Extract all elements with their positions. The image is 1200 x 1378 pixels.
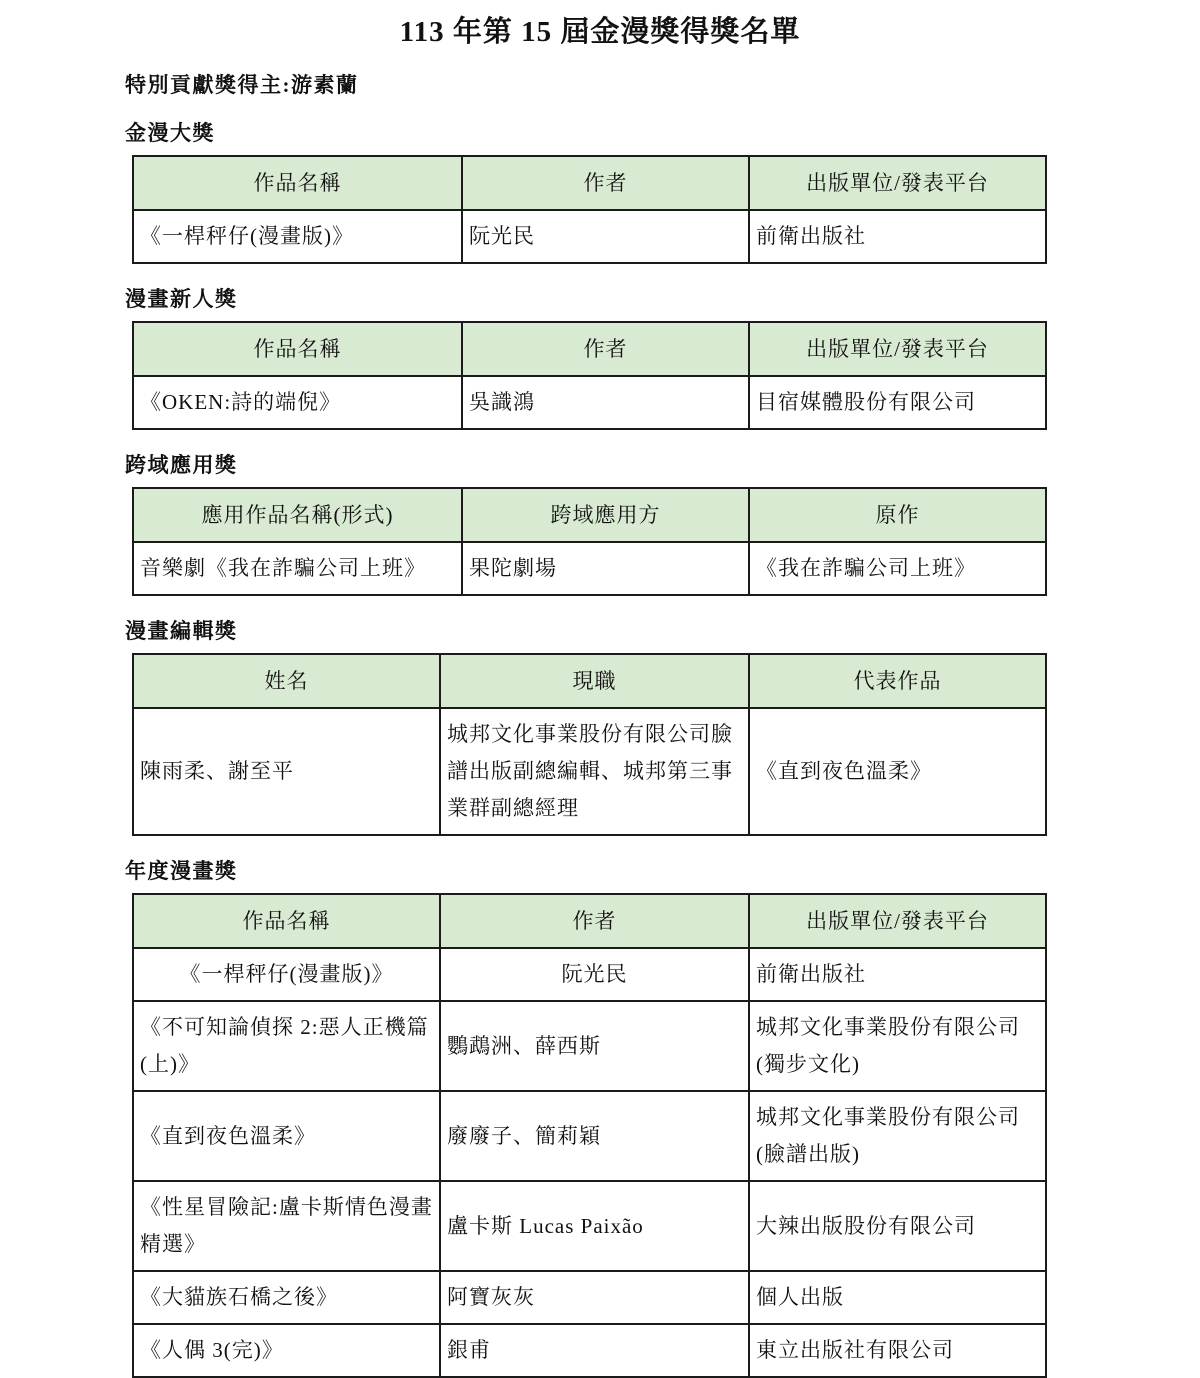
table-cell: 盧卡斯 Lucas Paixão bbox=[440, 1181, 749, 1271]
table-cell: 城邦文化事業股份有限公司(獨步文化) bbox=[749, 1001, 1046, 1091]
column-header: 原作 bbox=[749, 488, 1046, 542]
table-cell: 音樂劇《我在詐騙公司上班》 bbox=[133, 542, 462, 595]
special-award-line: 特別貢獻獎得主:游素蘭 bbox=[125, 72, 1045, 98]
award-section-3: 跨域應用獎應用作品名稱(形式)跨域應用方原作音樂劇《我在詐騙公司上班》果陀劇場《… bbox=[0, 452, 1200, 596]
column-header: 作品名稱 bbox=[133, 156, 462, 210]
table-cell: 《大貓族石橋之後》 bbox=[133, 1271, 440, 1324]
table-header-row: 作品名稱作者出版單位/發表平台 bbox=[133, 894, 1046, 948]
award-table: 作品名稱作者出版單位/發表平台《OKEN:詩的端倪》吳識鴻目宿媒體股份有限公司 bbox=[132, 321, 1047, 430]
column-header: 作品名稱 bbox=[133, 322, 462, 376]
table-cell: 吳識鴻 bbox=[462, 376, 749, 429]
section-heading: 金漫大獎 bbox=[125, 120, 1045, 146]
table-cell: 《直到夜色溫柔》 bbox=[749, 708, 1046, 835]
award-sections: 金漫大獎作品名稱作者出版單位/發表平台《一桿秤仔(漫畫版)》阮光民前衛出版社漫畫… bbox=[0, 120, 1200, 1378]
table-cell: 《人偶 3(完)》 bbox=[133, 1324, 440, 1377]
table-cell: 廢廢子、簡莉穎 bbox=[440, 1091, 749, 1181]
table-cell: 大辣出版股份有限公司 bbox=[749, 1181, 1046, 1271]
table-cell: 果陀劇場 bbox=[462, 542, 749, 595]
column-header: 作者 bbox=[440, 894, 749, 948]
section-heading: 漫畫新人獎 bbox=[125, 286, 1045, 312]
table-cell: 《一桿秤仔(漫畫版)》 bbox=[133, 210, 462, 263]
table-row: 《不可知論偵探 2:惡人正機篇(上)》鸚鵡洲、薛西斯城邦文化事業股份有限公司(獨… bbox=[133, 1001, 1046, 1091]
table-header-row: 應用作品名稱(形式)跨域應用方原作 bbox=[133, 488, 1046, 542]
table-cell: 城邦文化事業股份有限公司臉譜出版副總編輯、城邦第三事業群副總經理 bbox=[440, 708, 749, 835]
award-section-4: 漫畫編輯獎姓名現職代表作品陳雨柔、謝至平城邦文化事業股份有限公司臉譜出版副總編輯… bbox=[0, 618, 1200, 836]
table-cell: 阮光民 bbox=[440, 948, 749, 1001]
column-header: 應用作品名稱(形式) bbox=[133, 488, 462, 542]
award-table: 應用作品名稱(形式)跨域應用方原作音樂劇《我在詐騙公司上班》果陀劇場《我在詐騙公… bbox=[132, 487, 1047, 596]
table-cell: 阿寶灰灰 bbox=[440, 1271, 749, 1324]
table-row: 《性星冒險記:盧卡斯情色漫畫精選》盧卡斯 Lucas Paixão大辣出版股份有… bbox=[133, 1181, 1046, 1271]
award-section-1: 金漫大獎作品名稱作者出版單位/發表平台《一桿秤仔(漫畫版)》阮光民前衛出版社 bbox=[0, 120, 1200, 264]
table-cell: 《性星冒險記:盧卡斯情色漫畫精選》 bbox=[133, 1181, 440, 1271]
table-cell: 城邦文化事業股份有限公司(臉譜出版) bbox=[749, 1091, 1046, 1181]
table-cell: 阮光民 bbox=[462, 210, 749, 263]
section-heading: 漫畫編輯獎 bbox=[125, 618, 1045, 644]
column-header: 姓名 bbox=[133, 654, 440, 708]
table-row: 音樂劇《我在詐騙公司上班》果陀劇場《我在詐騙公司上班》 bbox=[133, 542, 1046, 595]
table-cell: 前衛出版社 bbox=[749, 210, 1046, 263]
column-header: 出版單位/發表平台 bbox=[749, 894, 1046, 948]
table-header-row: 作品名稱作者出版單位/發表平台 bbox=[133, 322, 1046, 376]
award-table: 姓名現職代表作品陳雨柔、謝至平城邦文化事業股份有限公司臉譜出版副總編輯、城邦第三… bbox=[132, 653, 1047, 836]
column-header: 現職 bbox=[440, 654, 749, 708]
table-row: 《OKEN:詩的端倪》吳識鴻目宿媒體股份有限公司 bbox=[133, 376, 1046, 429]
column-header: 跨域應用方 bbox=[462, 488, 749, 542]
section-heading: 跨域應用獎 bbox=[125, 452, 1045, 478]
award-section-5: 年度漫畫獎作品名稱作者出版單位/發表平台《一桿秤仔(漫畫版)》阮光民前衛出版社《… bbox=[0, 858, 1200, 1378]
document-page: 113 年第 15 屆金漫獎得獎名單 特別貢獻獎得主:游素蘭 金漫大獎作品名稱作… bbox=[0, 0, 1200, 1378]
table-row: 陳雨柔、謝至平城邦文化事業股份有限公司臉譜出版副總編輯、城邦第三事業群副總經理《… bbox=[133, 708, 1046, 835]
award-table: 作品名稱作者出版單位/發表平台《一桿秤仔(漫畫版)》阮光民前衛出版社 bbox=[132, 155, 1047, 264]
table-row: 《人偶 3(完)》銀甫東立出版社有限公司 bbox=[133, 1324, 1046, 1377]
table-cell: 《直到夜色溫柔》 bbox=[133, 1091, 440, 1181]
table-cell: 目宿媒體股份有限公司 bbox=[749, 376, 1046, 429]
table-header-row: 作品名稱作者出版單位/發表平台 bbox=[133, 156, 1046, 210]
column-header: 作者 bbox=[462, 156, 749, 210]
section-heading: 年度漫畫獎 bbox=[125, 858, 1045, 884]
award-table: 作品名稱作者出版單位/發表平台《一桿秤仔(漫畫版)》阮光民前衛出版社《不可知論偵… bbox=[132, 893, 1047, 1378]
table-row: 《大貓族石橋之後》阿寶灰灰個人出版 bbox=[133, 1271, 1046, 1324]
table-cell: 鸚鵡洲、薛西斯 bbox=[440, 1001, 749, 1091]
table-row: 《一桿秤仔(漫畫版)》阮光民前衛出版社 bbox=[133, 210, 1046, 263]
table-row: 《一桿秤仔(漫畫版)》阮光民前衛出版社 bbox=[133, 948, 1046, 1001]
column-header: 作者 bbox=[462, 322, 749, 376]
column-header: 出版單位/發表平台 bbox=[749, 322, 1046, 376]
table-cell: 個人出版 bbox=[749, 1271, 1046, 1324]
table-cell: 銀甫 bbox=[440, 1324, 749, 1377]
column-header: 作品名稱 bbox=[133, 894, 440, 948]
award-section-2: 漫畫新人獎作品名稱作者出版單位/發表平台《OKEN:詩的端倪》吳識鴻目宿媒體股份… bbox=[0, 286, 1200, 430]
table-cell: 《OKEN:詩的端倪》 bbox=[133, 376, 462, 429]
table-cell: 東立出版社有限公司 bbox=[749, 1324, 1046, 1377]
document-title: 113 年第 15 屆金漫獎得獎名單 bbox=[0, 12, 1200, 52]
table-cell: 前衛出版社 bbox=[749, 948, 1046, 1001]
table-cell: 《一桿秤仔(漫畫版)》 bbox=[133, 948, 440, 1001]
table-row: 《直到夜色溫柔》廢廢子、簡莉穎城邦文化事業股份有限公司(臉譜出版) bbox=[133, 1091, 1046, 1181]
table-cell: 《不可知論偵探 2:惡人正機篇(上)》 bbox=[133, 1001, 440, 1091]
table-cell: 陳雨柔、謝至平 bbox=[133, 708, 440, 835]
column-header: 代表作品 bbox=[749, 654, 1046, 708]
table-header-row: 姓名現職代表作品 bbox=[133, 654, 1046, 708]
table-cell: 《我在詐騙公司上班》 bbox=[749, 542, 1046, 595]
column-header: 出版單位/發表平台 bbox=[749, 156, 1046, 210]
